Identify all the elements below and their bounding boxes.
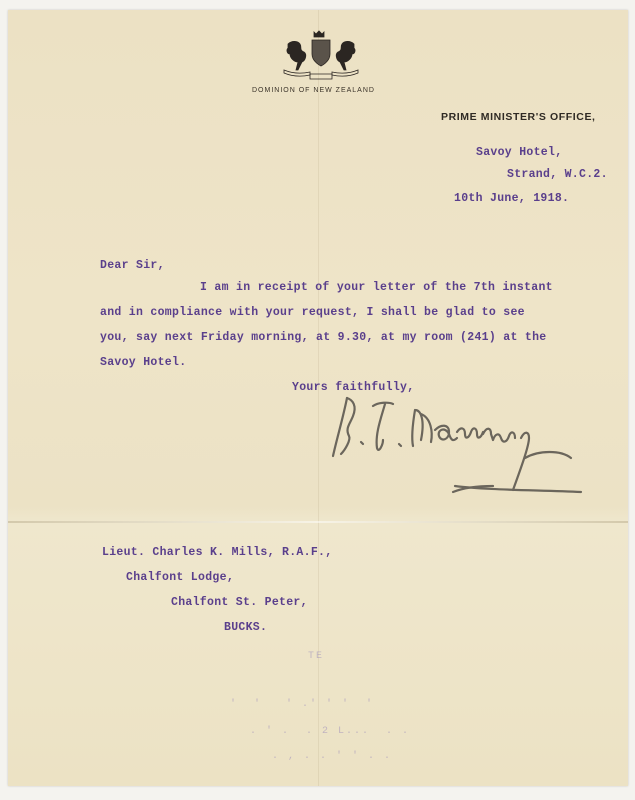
recipient-name: Lieut. Charles K. Mills, R.A.F., [102,546,332,559]
body-line-3: you, say next Friday morning, at 9.30, a… [100,331,546,344]
body-line-4: Savoy Hotel. [100,356,186,369]
coat-of-arms-icon [276,30,366,82]
horizontal-fold-crease [8,521,628,523]
handwritten-signature [325,390,585,505]
sender-address-line1: Savoy Hotel, [476,146,562,159]
show-through-line4: . , . . ' ' . . [272,751,392,762]
show-through-line1: TE [308,651,324,662]
show-through-line2: ' ' ' .' ' ' ' [230,699,390,710]
sender-address-line2: Strand, W.C.2. [507,168,608,181]
letterhead-office: PRIME MINISTER'S OFFICE, [441,111,596,123]
recipient-address-line2: Chalfont St. Peter, [171,596,308,609]
recipient-address-line1: Chalfont Lodge, [126,571,234,584]
body-line-2: and in compliance with your request, I s… [100,306,525,319]
letter-date: 10th June, 1918. [454,192,569,205]
body-line-1: I am in receipt of your letter of the 7t… [200,281,553,294]
recipient-address-line3: BUCKS. [224,621,267,634]
salutation: Dear Sir, [100,259,165,272]
show-through-line3: . ' . . 2 L... . . [250,726,410,737]
letterhead-country: DOMINION OF NEW ZEALAND [252,87,375,94]
vertical-fold-crease [318,10,319,786]
